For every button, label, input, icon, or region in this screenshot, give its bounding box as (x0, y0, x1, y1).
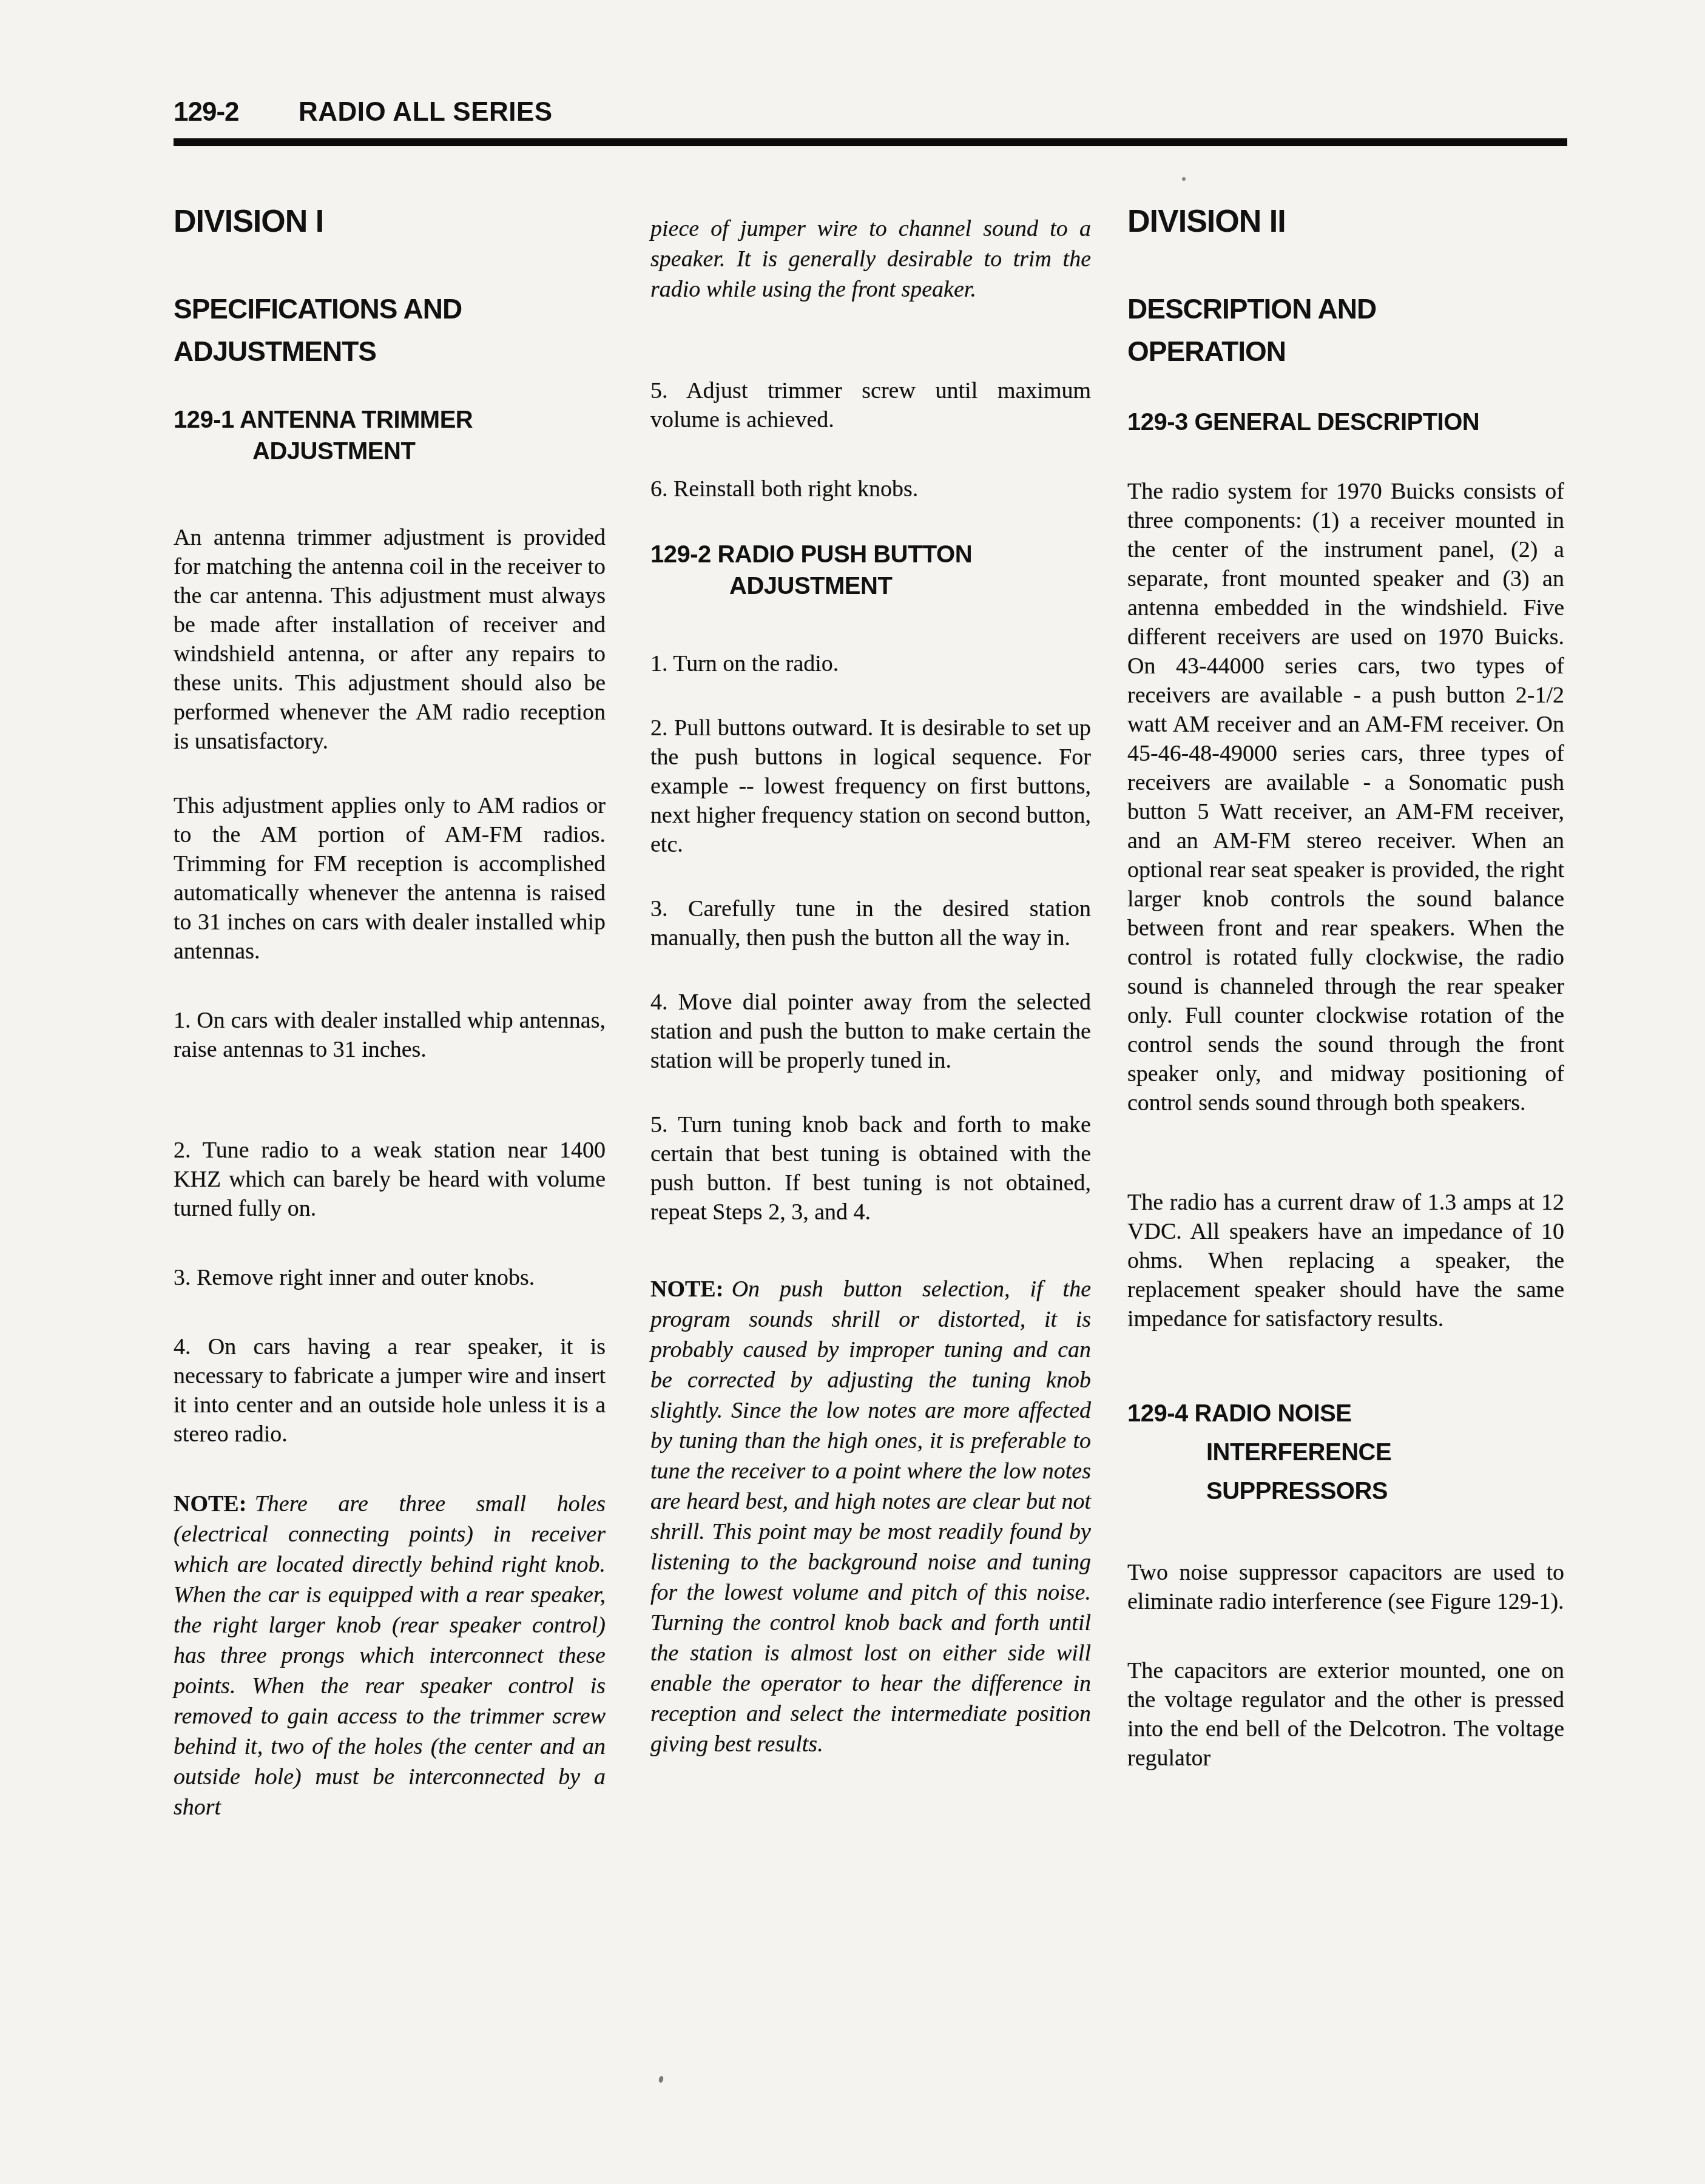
subsection-heading-129-2: 129-2 RADIO PUSH BUTTON ADJUSTMENT (650, 539, 1091, 602)
subsection-129-4-line-3: SUPPRESSORS (1206, 1472, 1564, 1511)
column-1: DIVISION I SPECIFICATIONS AND ADJUSTMENT… (174, 205, 606, 1822)
scan-speck (1182, 177, 1186, 181)
subsection-heading-129-4: 129-4 RADIO NOISE INTERFERENCE SUPPRESSO… (1127, 1394, 1564, 1511)
note-paragraph-col2: NOTE:On push button selection, if the pr… (650, 1274, 1091, 1759)
page-title: RADIO ALL SERIES (299, 97, 553, 127)
section-heading-description: DESCRIPTION AND OPERATION (1127, 288, 1564, 372)
header-rule (174, 138, 1567, 146)
section-heading-line-1: SPECIFICATIONS AND (174, 288, 606, 330)
step-5: 5. Turn tuning knob back and forth to ma… (650, 1110, 1091, 1227)
list-item-4: 4. On cars having a rear speaker, it is … (174, 1332, 606, 1449)
list-item-5: 5. Adjust trimmer screw until maximum vo… (650, 376, 1091, 434)
paragraph-noise-suppressors-1: Two noise suppressor capacitors are used… (1127, 1558, 1564, 1616)
subsection-129-4-line-1: 129-4 RADIO NOISE (1127, 1394, 1564, 1433)
list-item-1: 1. On cars with dealer installed whip an… (174, 1006, 606, 1064)
paragraph-antenna-trimmer-2: This adjustment applies only to AM radio… (174, 791, 606, 966)
note-label: NOTE: (174, 1491, 246, 1517)
subsection-129-1-line-1: 129-1 ANTENNA TRIMMER (174, 404, 606, 436)
division-2-heading: DIVISION II (1127, 205, 1564, 238)
scan-speck (658, 2075, 664, 2083)
paragraph-noise-suppressors-2: The capacitors are exterior mounted, one… (1127, 1656, 1564, 1773)
division-1-heading: DIVISION I (174, 205, 606, 238)
subsection-129-2-line-1: 129-2 RADIO PUSH BUTTON (650, 539, 1091, 570)
column-3: DIVISION II DESCRIPTION AND OPERATION 12… (1127, 205, 1564, 1773)
subsection-129-1-line-2: ADJUSTMENT (252, 436, 606, 467)
section-heading-specifications: SPECIFICATIONS AND ADJUSTMENTS (174, 288, 606, 372)
note-paragraph-col1: NOTE:There are three small holes (electr… (174, 1489, 606, 1822)
note-continuation-paragraph: piece of jumper wire to channel sound to… (650, 214, 1091, 305)
section-heading-line-1: DESCRIPTION AND (1127, 288, 1564, 330)
list-item-3: 3. Remove right inner and outer knobs. (174, 1263, 606, 1292)
step-3: 3. Carefully tune in the desired station… (650, 894, 1091, 952)
subsection-129-2-line-2: ADJUSTMENT (729, 570, 1091, 602)
manual-page: 129-2 RADIO ALL SERIES DIVISION I SPECIF… (0, 0, 1705, 2184)
note-text: There are three small holes (electrical … (174, 1491, 606, 1820)
note-text: On push button selection, if the program… (650, 1276, 1091, 1757)
section-heading-line-2: OPERATION (1127, 330, 1564, 372)
subsection-129-4-line-2: INTERFERENCE (1206, 1433, 1564, 1472)
subsection-heading-129-1: 129-1 ANTENNA TRIMMER ADJUSTMENT (174, 404, 606, 467)
step-4: 4. Move dial pointer away from the selec… (650, 988, 1091, 1075)
note-label: NOTE: (650, 1276, 723, 1302)
paragraph-antenna-trimmer-1: An antenna trimmer adjustment is provide… (174, 523, 606, 756)
subsection-heading-129-3: 129-3 GENERAL DESCRIPTION (1127, 406, 1564, 438)
paragraph-general-description-2: The radio has a current draw of 1.3 amps… (1127, 1188, 1564, 1333)
page-number: 129-2 (174, 97, 239, 127)
step-2: 2. Pull buttons outward. It is desirable… (650, 713, 1091, 859)
list-item-6: 6. Reinstall both right knobs. (650, 474, 1091, 504)
paragraph-general-description-1: The radio system for 1970 Buicks consist… (1127, 477, 1564, 1117)
list-item-2: 2. Tune radio to a weak station near 140… (174, 1136, 606, 1223)
column-2: piece of jumper wire to channel sound to… (650, 214, 1091, 1759)
section-heading-line-2: ADJUSTMENTS (174, 330, 606, 372)
step-1: 1. Turn on the radio. (650, 649, 1091, 678)
